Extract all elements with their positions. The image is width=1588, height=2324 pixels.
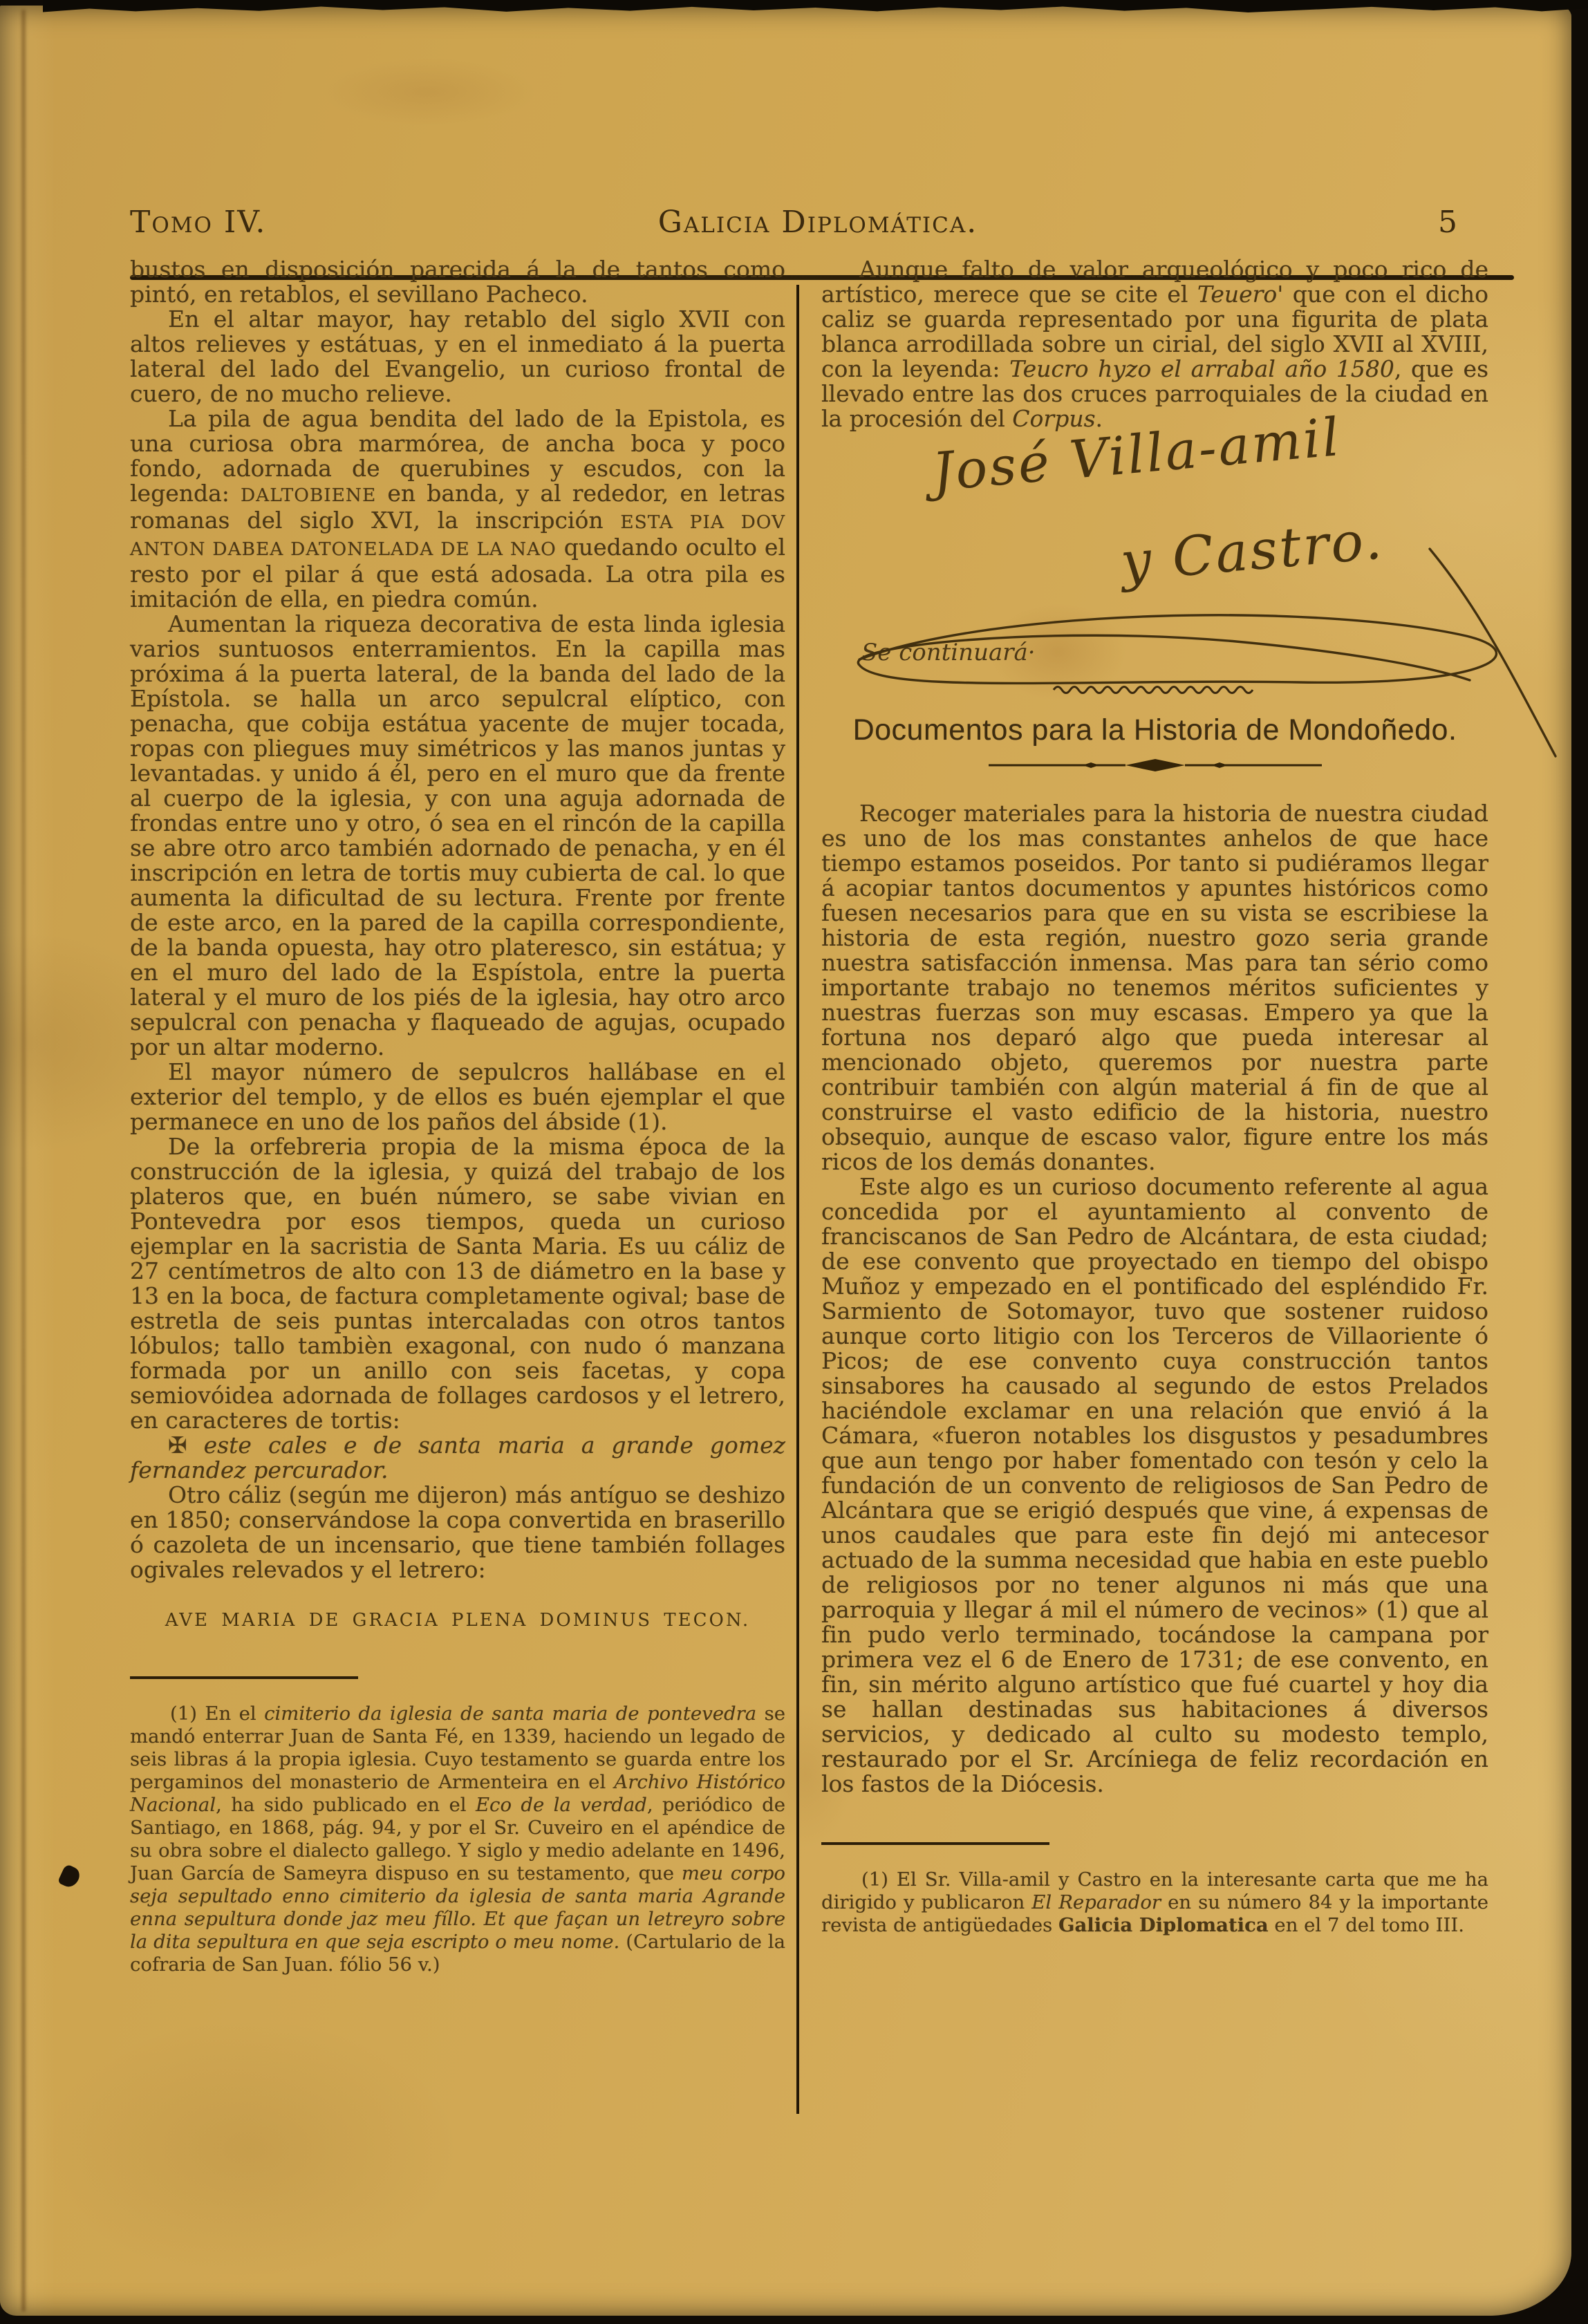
paragraph: ✠ este cales e de santa maria a grande g… xyxy=(130,1433,785,1483)
text-run: Teucro hyzo el arrabal año 1580 xyxy=(1009,355,1394,382)
ave-maria-line: AVE MARIA DE GRACIA PLENA DOMINUS TECON. xyxy=(130,1610,785,1631)
footnote-separator xyxy=(130,1676,358,1679)
paragraph: En el altar mayor, hay retablo del siglo… xyxy=(130,307,785,406)
signature-line2: y Castro. xyxy=(1116,509,1385,594)
page-header: Tomo IV. Galicia Diplomática. 5 xyxy=(130,205,1506,240)
signature: José Villa-amil y Castro. xyxy=(821,383,1488,590)
left-column-text: bustos en disposición parecida á la de t… xyxy=(130,257,785,1582)
text-run: cimiterio da iglesia de santa maria de p… xyxy=(264,1703,756,1725)
footnote: (1) En el cimiterio da iglesia de santa … xyxy=(130,1703,785,1976)
text-run: DALTOBIENE xyxy=(241,485,376,506)
text-run: El mayor número de sepulcros hallábase e… xyxy=(130,1058,785,1135)
footnote: (1) El Sr. Villa-amil y Castro en la int… xyxy=(821,1868,1488,1937)
text-run: , ha sido publicado en el xyxy=(216,1794,476,1816)
paragraph: Este algo es un curioso documento refere… xyxy=(821,1174,1488,1797)
signature-flourish xyxy=(858,615,1496,684)
text-run: De la orfebreria propia de la misma époc… xyxy=(130,1133,785,1434)
paragraph: Recoger materiales para la historia de n… xyxy=(821,801,1488,1174)
paragraph: De la orfebreria propia de la misma époc… xyxy=(130,1134,785,1433)
volume-label: Tomo IV. xyxy=(130,205,266,240)
scanned-page: Tomo IV. Galicia Diplomática. 5 bustos e… xyxy=(0,0,1588,2324)
signature-line1: José Villa-amil xyxy=(921,406,1343,503)
text-run: este cales e de santa maria a grande gom… xyxy=(130,1432,785,1483)
page-number: 5 xyxy=(1438,205,1457,240)
journal-title: Galicia Diplomática. xyxy=(658,205,978,240)
text-run: Eco de la verdad xyxy=(476,1794,647,1816)
column-divider xyxy=(796,285,799,2114)
paragraph: Otro cáliz (según me dijeron) más antígu… xyxy=(130,1483,785,1582)
text-run: en el 7 del tomo III. xyxy=(1269,1914,1464,1936)
text-run: Galicia Diplomatica xyxy=(1058,1914,1269,1936)
right-column: Aunque falto de valor arqueológico y poc… xyxy=(821,257,1488,1937)
text-run: Recoger materiales para la historia de n… xyxy=(821,800,1488,1175)
left-column: bustos en disposición parecida á la de t… xyxy=(130,257,785,1976)
text-run: El Reparador xyxy=(1031,1891,1161,1913)
paragraph: Aumentan la riqueza decorativa de esta l… xyxy=(130,612,785,1060)
fold-crease xyxy=(21,10,26,2312)
paragraph: bustos en disposición parecida á la de t… xyxy=(130,257,785,307)
paragraph: El mayor número de sepulcros hallábase e… xyxy=(130,1060,785,1134)
right-column-text-body: Recoger materiales para la historia de n… xyxy=(821,801,1488,1797)
paragraph: La pila de agua bendita del lado de la E… xyxy=(130,406,785,612)
section-heading: Documentos para la Historia de Mondoñedo… xyxy=(821,713,1488,747)
text-run: (1) En el xyxy=(170,1703,264,1725)
text-run: ✠ xyxy=(168,1432,204,1459)
footnote-separator xyxy=(821,1842,1049,1845)
text-run: Este algo es un curioso documento refere… xyxy=(821,1173,1488,1797)
text-run: En el altar mayor, hay retablo del siglo… xyxy=(130,306,785,407)
ornament-rule xyxy=(986,757,1325,774)
signature-image: José Villa-amil y Castro. xyxy=(821,383,1488,708)
text-run: Otro cáliz (según me dijeron) más antígu… xyxy=(130,1481,785,1583)
text-run: bustos en disposición parecida á la de t… xyxy=(130,256,785,308)
text-run: Aumentan la riqueza decorativa de esta l… xyxy=(130,610,785,1060)
text-run: Teuero' xyxy=(1197,281,1283,308)
